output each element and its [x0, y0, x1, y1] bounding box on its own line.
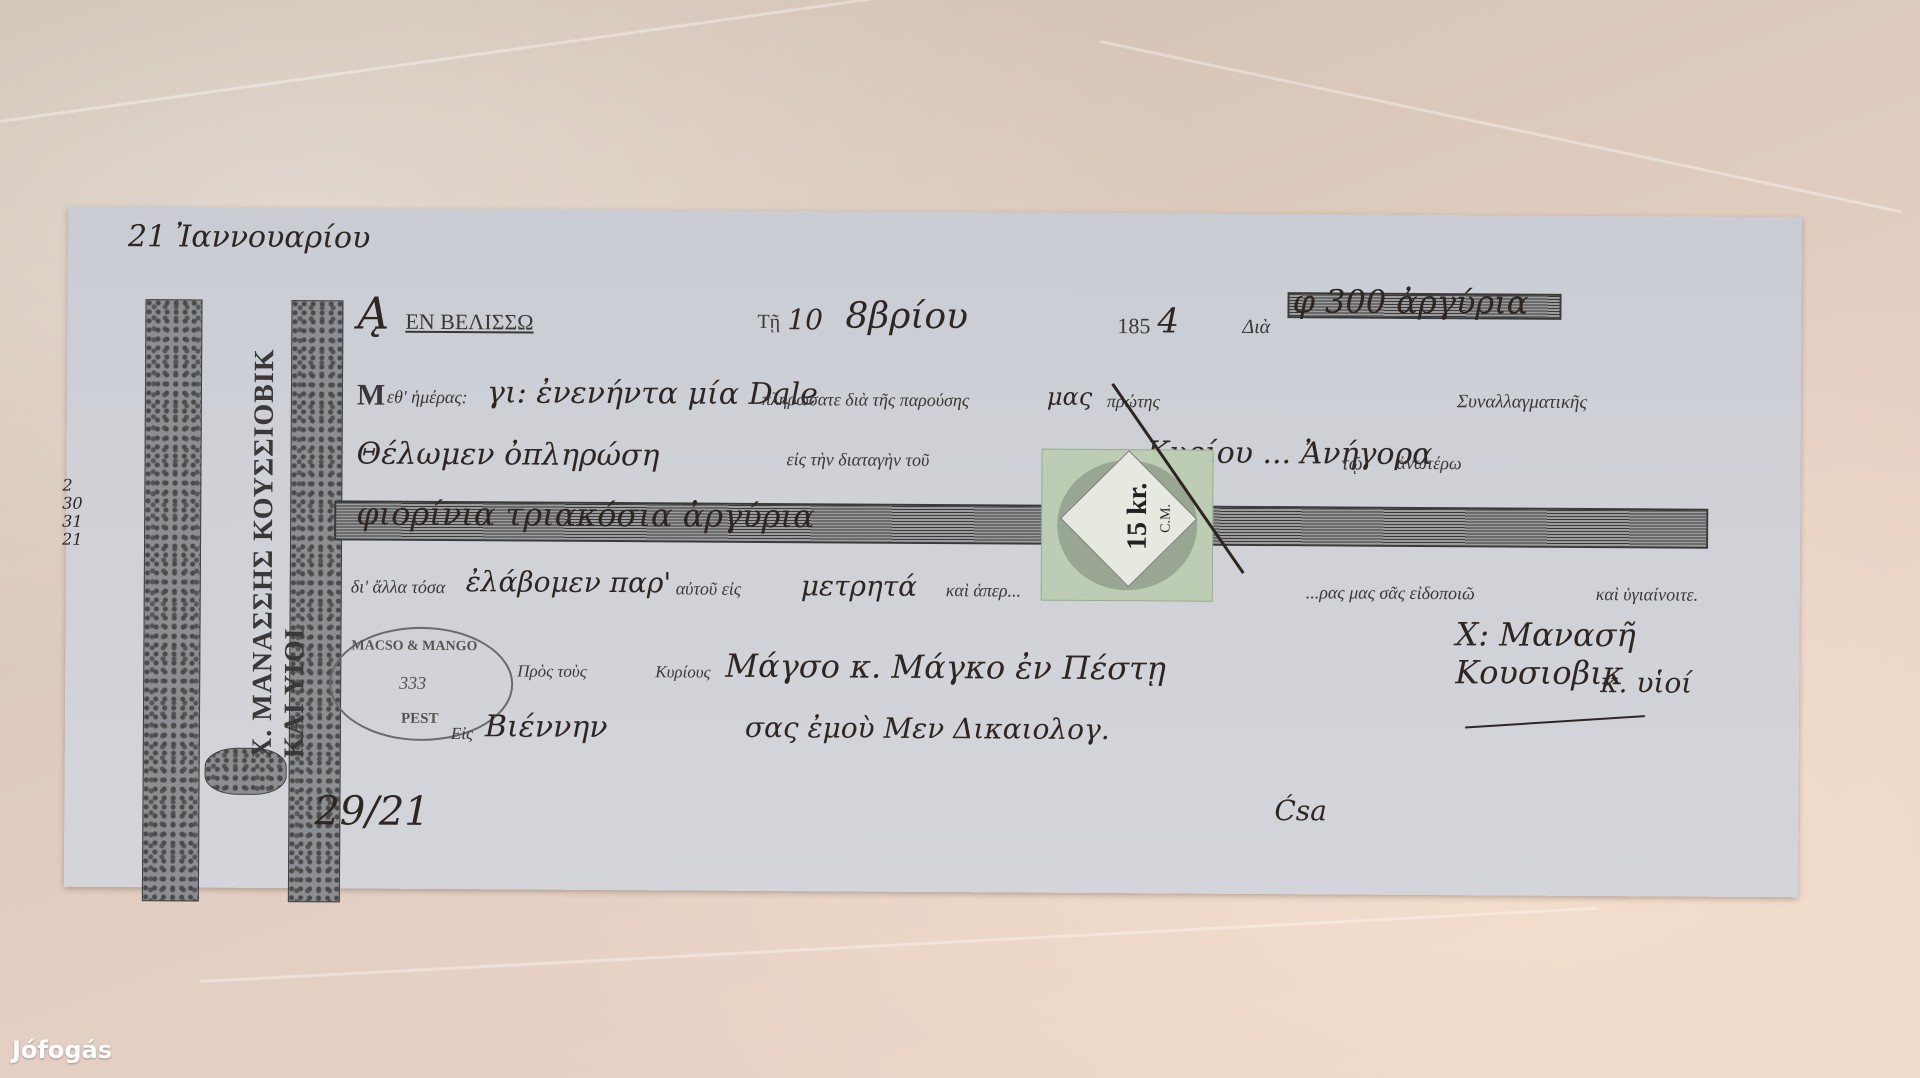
side-margin-numbers: 2 30 31 21 [62, 477, 84, 549]
date-prefix: Τῇ [757, 311, 780, 334]
line4-printed: Κυρίους [655, 662, 710, 682]
line5-handwritten: σας ἐμοὺ Μεν Δικαιολογ. [745, 711, 1110, 746]
amount-prefix: Διὰ [1242, 316, 1270, 339]
year-handwritten: 4 [1157, 301, 1179, 341]
stamp-value: 15 kr. [1122, 482, 1154, 550]
amount-handwritten: φ 300 ἀργύρια [1292, 282, 1528, 321]
line3-printed: δι' ἄλλα τόσα [351, 576, 446, 598]
line2-printed: τῷ [1341, 452, 1362, 475]
line3-printed: ...ρας μας σᾶς εἰδοποιῶ [1306, 582, 1475, 604]
margin-number: 2 [62, 477, 84, 495]
margin-number: 30 [62, 495, 84, 513]
header-mark: Ą [357, 288, 389, 339]
line1-initial: M [357, 378, 386, 412]
line5-printed: Εἰς [451, 724, 473, 744]
year-printed: 185 [1117, 313, 1150, 339]
margin-number: 21 [62, 531, 84, 549]
revenue-stamp: 15 kr. C.M. [1041, 449, 1214, 602]
line3-printed: αὐτοῦ εἰς [676, 578, 741, 599]
side-vertical-title: Χ. ΜΑΝΑΣΣΗΣ ΚΟΥΣΣΙΟΒΙΚ ΚΑΙ ΥΙΟΙ [247, 298, 286, 758]
line2-printed: εἰς τὴν διαταγὴν τοῦ [786, 449, 929, 471]
line1-printed: εθ' ἡμέρας: [387, 387, 468, 408]
top-left-note: 21 Ἰαννουαρίου [128, 219, 371, 255]
amount-band-text: φιορίνια τριακόσια ἀργύρια [356, 494, 815, 535]
line3-printed: καὶ ἀπερ... [946, 580, 1021, 601]
oval-stamp-bottom: PEST [401, 711, 439, 728]
signature-flourish [1465, 715, 1645, 728]
marble-vein [200, 907, 1598, 983]
line2-handwritten: Θέλωμεν ὀπληρώση [356, 436, 659, 473]
line1-handwritten: μας [1047, 383, 1092, 411]
line4-printed: Πρὸς τοὺς [517, 661, 586, 681]
bottom-mark: Ćsa [1274, 794, 1327, 827]
bottom-left-note: 29/21 [314, 788, 430, 835]
place-printed: ΕΝ ΒΕΛΙΣΣΩ [405, 309, 533, 336]
marble-vein [1100, 40, 1903, 213]
line1-printed: πληρώσατε διὰ τῆς παρούσης [762, 389, 969, 411]
date-day: 10 [787, 303, 823, 336]
oval-stamp-number: 333 [399, 673, 426, 694]
line5-handwritten: Βιέννην [485, 709, 608, 745]
line1-printed: πρώτης [1107, 391, 1160, 412]
margin-number: 31 [62, 513, 84, 531]
stamp-sub: C.M. [1159, 504, 1175, 533]
line3-handwritten: μετρητά [801, 569, 918, 603]
marble-vein [0, 0, 891, 123]
line4-handwritten: Μάγσο κ. Μάγκο ἐν Πέστῃ [725, 647, 1166, 688]
date-month: 8βρίου [845, 295, 968, 337]
line1-printed: Συναλλαγματικῆς [1457, 391, 1587, 414]
line3-printed: καὶ ὑγιαίνοιτε. [1596, 584, 1699, 606]
line3-handwritten: ἐλάβομεν παρ' [466, 565, 672, 599]
ornament-left-column [142, 299, 203, 901]
bill-of-exchange-paper: 21 Ἰαννουαρίου Χ. ΜΑΝΑΣΣΗΣ ΚΟΥΣΣΙΟΒΙΚ ΚΑ… [64, 207, 1802, 898]
signature-line2: κ. υἱοί [1600, 666, 1692, 700]
oval-stamp-top: MACSO & MANGO [351, 638, 477, 655]
watermark-logo: Jófogás [12, 1036, 112, 1064]
line2-printed: ἀνωτέρω [1396, 453, 1461, 474]
